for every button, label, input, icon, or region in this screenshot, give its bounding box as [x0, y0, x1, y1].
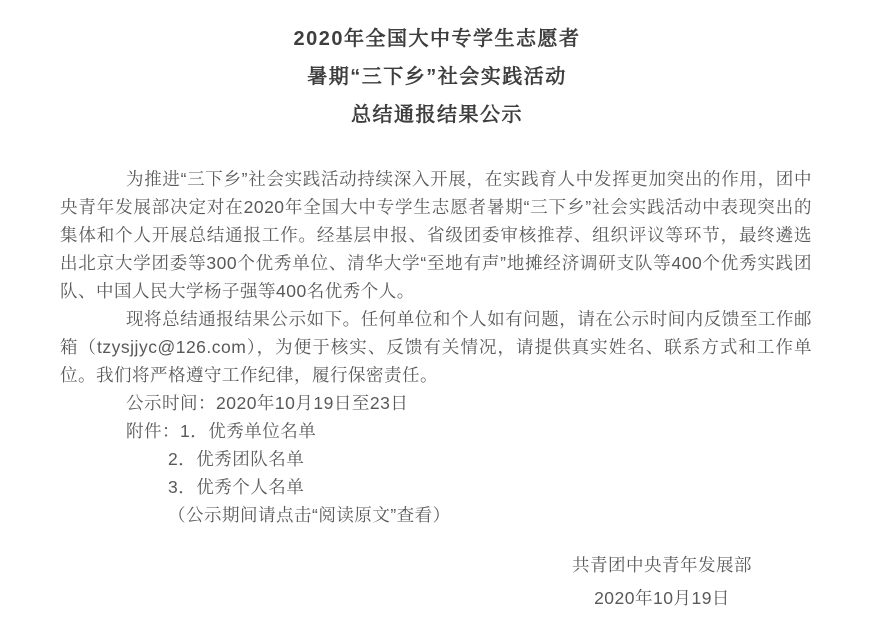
attachment-item-1: 附件：1．优秀单位名单: [60, 417, 812, 445]
title-line-1: 2020年全国大中专学生志愿者: [0, 20, 874, 58]
announcement-document: 2020年全国大中专学生志愿者 暑期“三下乡”社会实践活动 总结通报结果公示 为…: [0, 0, 874, 642]
signature-block: 共青团中央青年发展部 2020年10月19日: [572, 551, 752, 612]
attachment-item-2: 2．优秀团队名单: [60, 445, 812, 473]
signature-date: 2020年10月19日: [572, 584, 752, 612]
title-line-2: 暑期“三下乡”社会实践活动: [0, 58, 874, 96]
publicity-period-line: 公示时间：2020年10月19日至23日: [60, 389, 812, 417]
view-original-note: （公示期间请点击“阅读原文”查看）: [60, 501, 812, 529]
title-line-3: 总结通报结果公示: [0, 96, 874, 134]
signature-organization: 共青团中央青年发展部: [572, 551, 752, 579]
document-body: 为推进“三下乡”社会实践活动持续深入开展，在实践育人中发挥更加突出的作用，团中央…: [0, 165, 874, 529]
attachment-item-3: 3．优秀个人名单: [60, 473, 812, 501]
paragraph-intro: 为推进“三下乡”社会实践活动持续深入开展，在实践育人中发挥更加突出的作用，团中央…: [60, 165, 812, 305]
document-title: 2020年全国大中专学生志愿者 暑期“三下乡”社会实践活动 总结通报结果公示: [0, 0, 874, 134]
paragraph-feedback: 现将总结通报结果公示如下。任何单位和个人如有问题，请在公示时间内反馈至工作邮箱（…: [60, 305, 812, 389]
